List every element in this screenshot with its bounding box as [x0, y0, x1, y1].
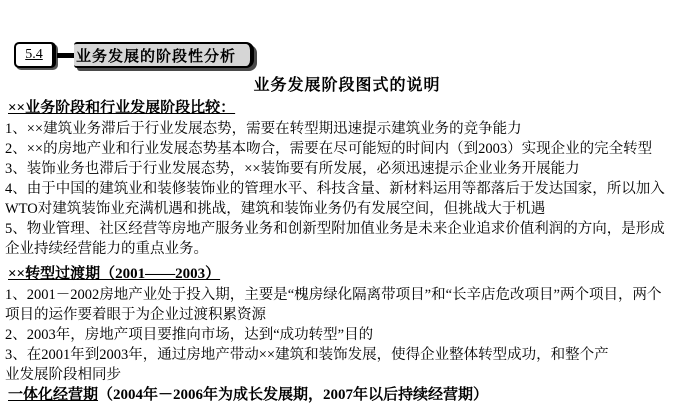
section-title-box: 业务发展的阶段性分析	[74, 42, 254, 68]
text-line: 3、装饰业务也滞后于行业发展态势，××装饰要有所发展，必须迅速提示企业业务开展能…	[5, 159, 689, 179]
text-line: 3、在2001年到2003年，通过房地产带动××建筑和装饰发展，使得企业整体转型…	[5, 345, 689, 365]
text-line: 4、由于中国的建筑业和装修装饰业的管理水平、科技含量、新材料运用等都落后于发达国…	[5, 179, 689, 199]
page-title: 业务发展阶段图式的说明	[5, 74, 689, 98]
section-1-heading: ××业务阶段和行业发展阶段比较：	[5, 98, 689, 119]
section-2-heading: ××转型过渡期（2001——2003）	[5, 264, 689, 285]
text-line: 业发展阶段相同步	[5, 365, 689, 385]
section-header: 5.4 业务发展的阶段性分析	[14, 42, 254, 68]
text-line: 项目的运作要着眼于为企业过渡积累资源	[5, 305, 689, 325]
text-line: 企业持续经营能力的重点业务。	[5, 239, 689, 259]
document-page: 5.4 业务发展的阶段性分析 业务发展阶段图式的说明 ××业务阶段和行业发展阶段…	[0, 0, 692, 405]
document-content: 业务发展阶段图式的说明 ××业务阶段和行业发展阶段比较： 1、××建筑业务滞后于…	[5, 74, 689, 405]
section-title: 业务发展的阶段性分析	[76, 45, 236, 66]
footer-heading-underlined: 一体化经营期	[8, 387, 98, 403]
header-connector-dash	[57, 53, 74, 58]
text-line: 2、2003年，房地产项目要推向市场，达到“成功转型”目的	[5, 325, 689, 345]
section-3-heading: 一体化经营期（2004年－2006年为成长发展期，2007年以后持续经营期）	[5, 385, 689, 405]
text-line: WTO对建筑装饰业充满机遇和挑战，建筑和装饰业务仍有发展空间，但挑战大于机遇	[5, 199, 689, 219]
footer-heading-rest: （2004年－2006年为成长发展期，2007年以后持续经营期）	[98, 387, 488, 403]
text-line: 1、2001－2002房地产业处于投入期，主要是“槐房绿化隔离带项目”和“长辛店…	[5, 285, 689, 305]
text-line: 5、物业管理、社区经营等房地产服务业务和创新型附加值业务是未来企业追求价值利润的…	[5, 219, 689, 239]
text-line: 2、××的房地产业和行业发展态势基本吻合，需要在尽可能短的时间内（到2003）实…	[5, 139, 689, 159]
section-number-box: 5.4	[14, 42, 56, 68]
section-number: 5.4	[25, 47, 43, 63]
text-line: 1、××建筑业务滞后于行业发展态势，需要在转型期迅速提示建筑业务的竞争能力	[5, 119, 689, 139]
